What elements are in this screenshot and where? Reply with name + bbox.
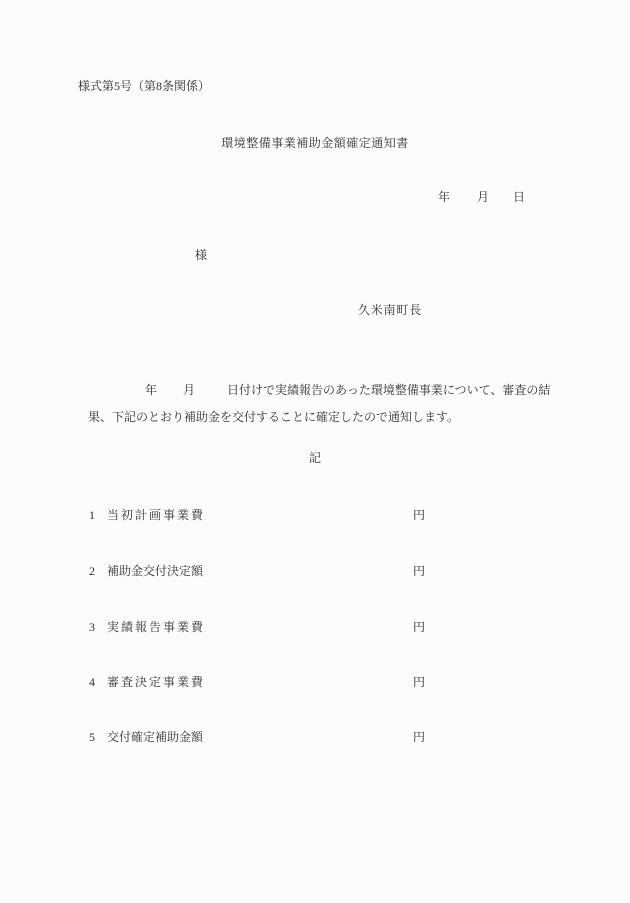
addressee-honorific: 様 [195, 246, 207, 264]
document-page: 様式第5号（第8条関係） 環境整備事業補助金額確定通知書 年 月 日 様 久米南… [0, 0, 630, 903]
item-number: 3 [89, 618, 95, 636]
form-number: 様式第5号（第8条関係） [78, 77, 210, 95]
list-item: 4 審査決定事業費 円 [0, 673, 630, 691]
body-paragraph-line1: 年 月 日付けで実績報告のあった環境整備事業について、審査の結 [0, 381, 630, 399]
issue-date-month-label: 月 [477, 188, 489, 206]
list-item: 1 当初計画事業費 円 [0, 506, 630, 524]
body-paragraph-line1-text: 日付けで実績報告のあった環境整備事業について、審査の結 [227, 381, 550, 399]
item-unit: 円 [413, 673, 425, 691]
item-label: 審査決定事業費 [107, 673, 203, 691]
report-date-month-label: 月 [183, 381, 195, 399]
issue-date-year-label: 年 [438, 188, 450, 206]
issue-date-line: 年 月 日 [0, 188, 630, 206]
document-title: 環境整備事業補助金額確定通知書 [0, 134, 630, 152]
issue-date-day-label: 日 [513, 188, 525, 206]
report-date-year-label: 年 [145, 381, 157, 399]
item-unit: 円 [413, 728, 425, 746]
list-marker: 記 [0, 449, 630, 467]
item-unit: 円 [413, 618, 425, 636]
item-label: 交付確定補助金額 [107, 728, 203, 746]
list-item: 3 実績報告事業費 円 [0, 618, 630, 636]
list-item: 2 補助金交付決定額 円 [0, 562, 630, 580]
item-number: 2 [89, 562, 95, 580]
item-label: 補助金交付決定額 [107, 562, 203, 580]
item-number: 4 [89, 673, 95, 691]
sender-name: 久米南町長 [358, 301, 422, 319]
list-item: 5 交付確定補助金額 円 [0, 728, 630, 746]
item-unit: 円 [413, 506, 425, 524]
body-paragraph-line2: 果、下記のとおり補助金を交付することに確定したので通知します。 [88, 408, 459, 426]
item-number: 1 [89, 506, 95, 524]
item-unit: 円 [413, 562, 425, 580]
item-label: 当初計画事業費 [107, 506, 203, 524]
item-number: 5 [89, 728, 95, 746]
item-label: 実績報告事業費 [107, 618, 203, 636]
